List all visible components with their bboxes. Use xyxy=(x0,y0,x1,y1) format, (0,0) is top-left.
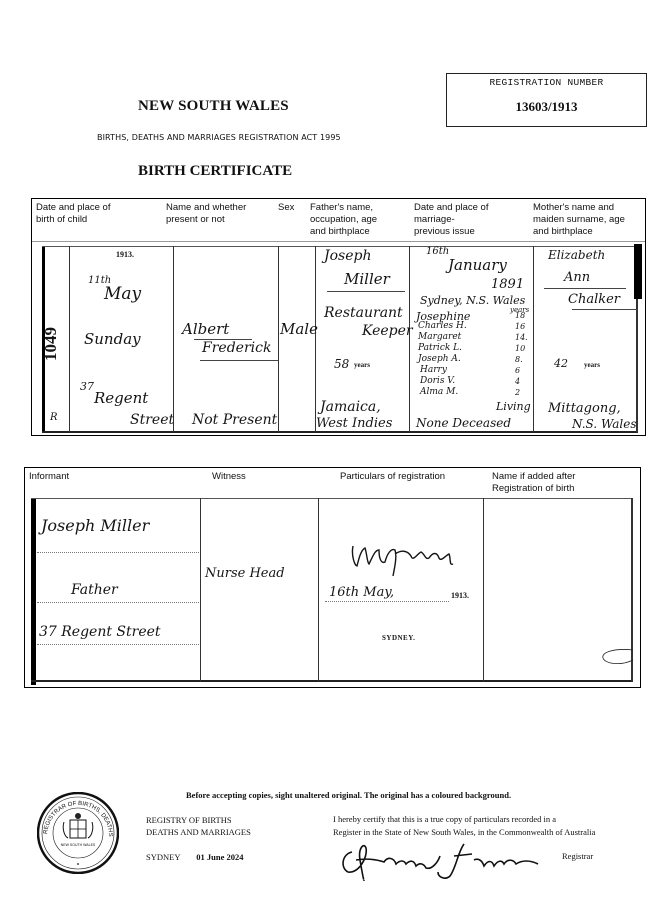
issue-city: SYDNEY xyxy=(146,852,180,862)
child-middle-name: Frederick xyxy=(202,340,271,356)
informant-address: 37 Regent Street xyxy=(39,624,161,640)
father-first-name: Joseph xyxy=(324,248,372,264)
registrar-seal-icon: REGISTRAR OF BIRTHS, DEATHS AND MARRIAGE… xyxy=(37,792,119,874)
registration-date: 16th May, xyxy=(329,585,394,600)
issue-location-date: SYDNEY 01 June 2024 xyxy=(146,852,244,862)
birth-street-2: Street xyxy=(130,412,174,428)
state-title: NEW SOUTH WALES xyxy=(138,98,289,115)
mother-age: 42 xyxy=(554,357,568,370)
issue-deceased: None Deceased xyxy=(416,416,511,430)
scanned-register-entry: 1049 R 1913. 11th May Sunday 37 Regent S… xyxy=(32,242,645,435)
svg-text:NEW SOUTH WALES: NEW SOUTH WALES xyxy=(61,843,96,847)
mother-birthplace-1: Mittagong, xyxy=(548,401,621,416)
issue-row: Alma M. 2 xyxy=(414,389,532,400)
col-header-sex: Sex xyxy=(278,202,294,214)
col-header-witness: Witness xyxy=(212,471,246,483)
father-age: 58 xyxy=(334,357,349,371)
birth-street-number: 37 xyxy=(80,380,94,393)
entry-number: 1049 xyxy=(41,327,61,361)
witness-name: Nurse Head xyxy=(205,566,285,581)
entry-mark: R xyxy=(50,412,58,423)
child-first-name: Albert xyxy=(182,320,229,338)
col-header-mother: Mother's name andmaiden surname, ageand … xyxy=(533,202,625,238)
registrar-label: Registrar xyxy=(562,851,593,861)
father-birthplace-2: West Indies xyxy=(316,416,392,431)
child-sex: Male xyxy=(280,320,318,338)
act-reference: BIRTHS, DEATHS AND MARRIAGES REGISTRATIO… xyxy=(97,133,341,142)
informant-name: Joseph Miller xyxy=(41,516,149,535)
ink-mark xyxy=(595,646,635,670)
registration-details-table: Informant Witness Particulars of registr… xyxy=(24,467,641,688)
marriage-year: 1891 xyxy=(491,277,524,292)
previous-issue-list: Josephine 18 Charles H. 16 Margaret 14. … xyxy=(414,312,532,400)
marriage-month: January xyxy=(448,256,507,274)
father-age-unit: years xyxy=(354,361,370,369)
birth-street-1: Regent xyxy=(94,389,148,407)
father-surname: Miller xyxy=(344,270,390,288)
birth-month: May xyxy=(104,284,141,304)
col-header-father: Father's name,occupation, ageand birthpl… xyxy=(310,202,377,238)
col-header-added-name: Name if added after Registration of birt… xyxy=(492,471,575,495)
issue-living: Living xyxy=(496,400,531,413)
child-presence: Not Present xyxy=(192,412,277,428)
birth-weekday: Sunday xyxy=(84,330,141,348)
mother-age-unit: years xyxy=(584,361,600,369)
registrar-signature xyxy=(338,838,548,883)
registration-number: 13603/1913 xyxy=(447,99,646,115)
col-header-particulars: Particulars of registration xyxy=(340,471,445,483)
registry-name: REGISTRY OF BIRTHS DEATHS AND MARRIAGES xyxy=(146,814,251,838)
certification-statement: I hereby certify that this is a true cop… xyxy=(333,813,595,839)
father-occupation-2: Keeper xyxy=(362,323,413,339)
registration-year: 1913. xyxy=(451,591,469,600)
scanned-registration-entry: Joseph Miller Father 37 Regent Street Nu… xyxy=(25,496,640,687)
birth-year: 1913. xyxy=(116,250,134,259)
father-occupation-1: Restaurant xyxy=(324,305,403,321)
informant-relation: Father xyxy=(71,582,118,598)
document-title: BIRTH CERTIFICATE xyxy=(138,163,292,180)
registration-number-box: REGISTRATION NUMBER 13603/1913 xyxy=(446,73,647,127)
marriage-day: 16th xyxy=(426,246,449,257)
registration-number-label: REGISTRATION NUMBER xyxy=(447,77,646,88)
mother-birthplace-2: N.S. Wales xyxy=(572,417,637,431)
registrar-signature-1913 xyxy=(345,536,465,586)
father-birthplace-1: Jamaica, xyxy=(320,399,381,415)
col-header-child-name: Name and whetherpresent or not xyxy=(166,202,246,226)
issue-date: 01 June 2024 xyxy=(196,852,243,862)
birth-details-table: Date and place ofbirth of child Name and… xyxy=(31,198,646,436)
col-header-informant: Informant xyxy=(29,471,69,483)
col-header-marriage: Date and place ofmarriage-previous issue xyxy=(414,202,488,238)
mother-maiden-surname: Chalker xyxy=(568,292,620,307)
authenticity-warning: Before accepting copies, sight unaltered… xyxy=(186,790,511,800)
mother-first-name: Elizabeth xyxy=(548,248,605,262)
mother-middle-name: Ann xyxy=(564,270,590,285)
col-header-birth-date-place: Date and place ofbirth of child xyxy=(36,202,110,226)
registration-place: SYDNEY. xyxy=(382,634,415,642)
